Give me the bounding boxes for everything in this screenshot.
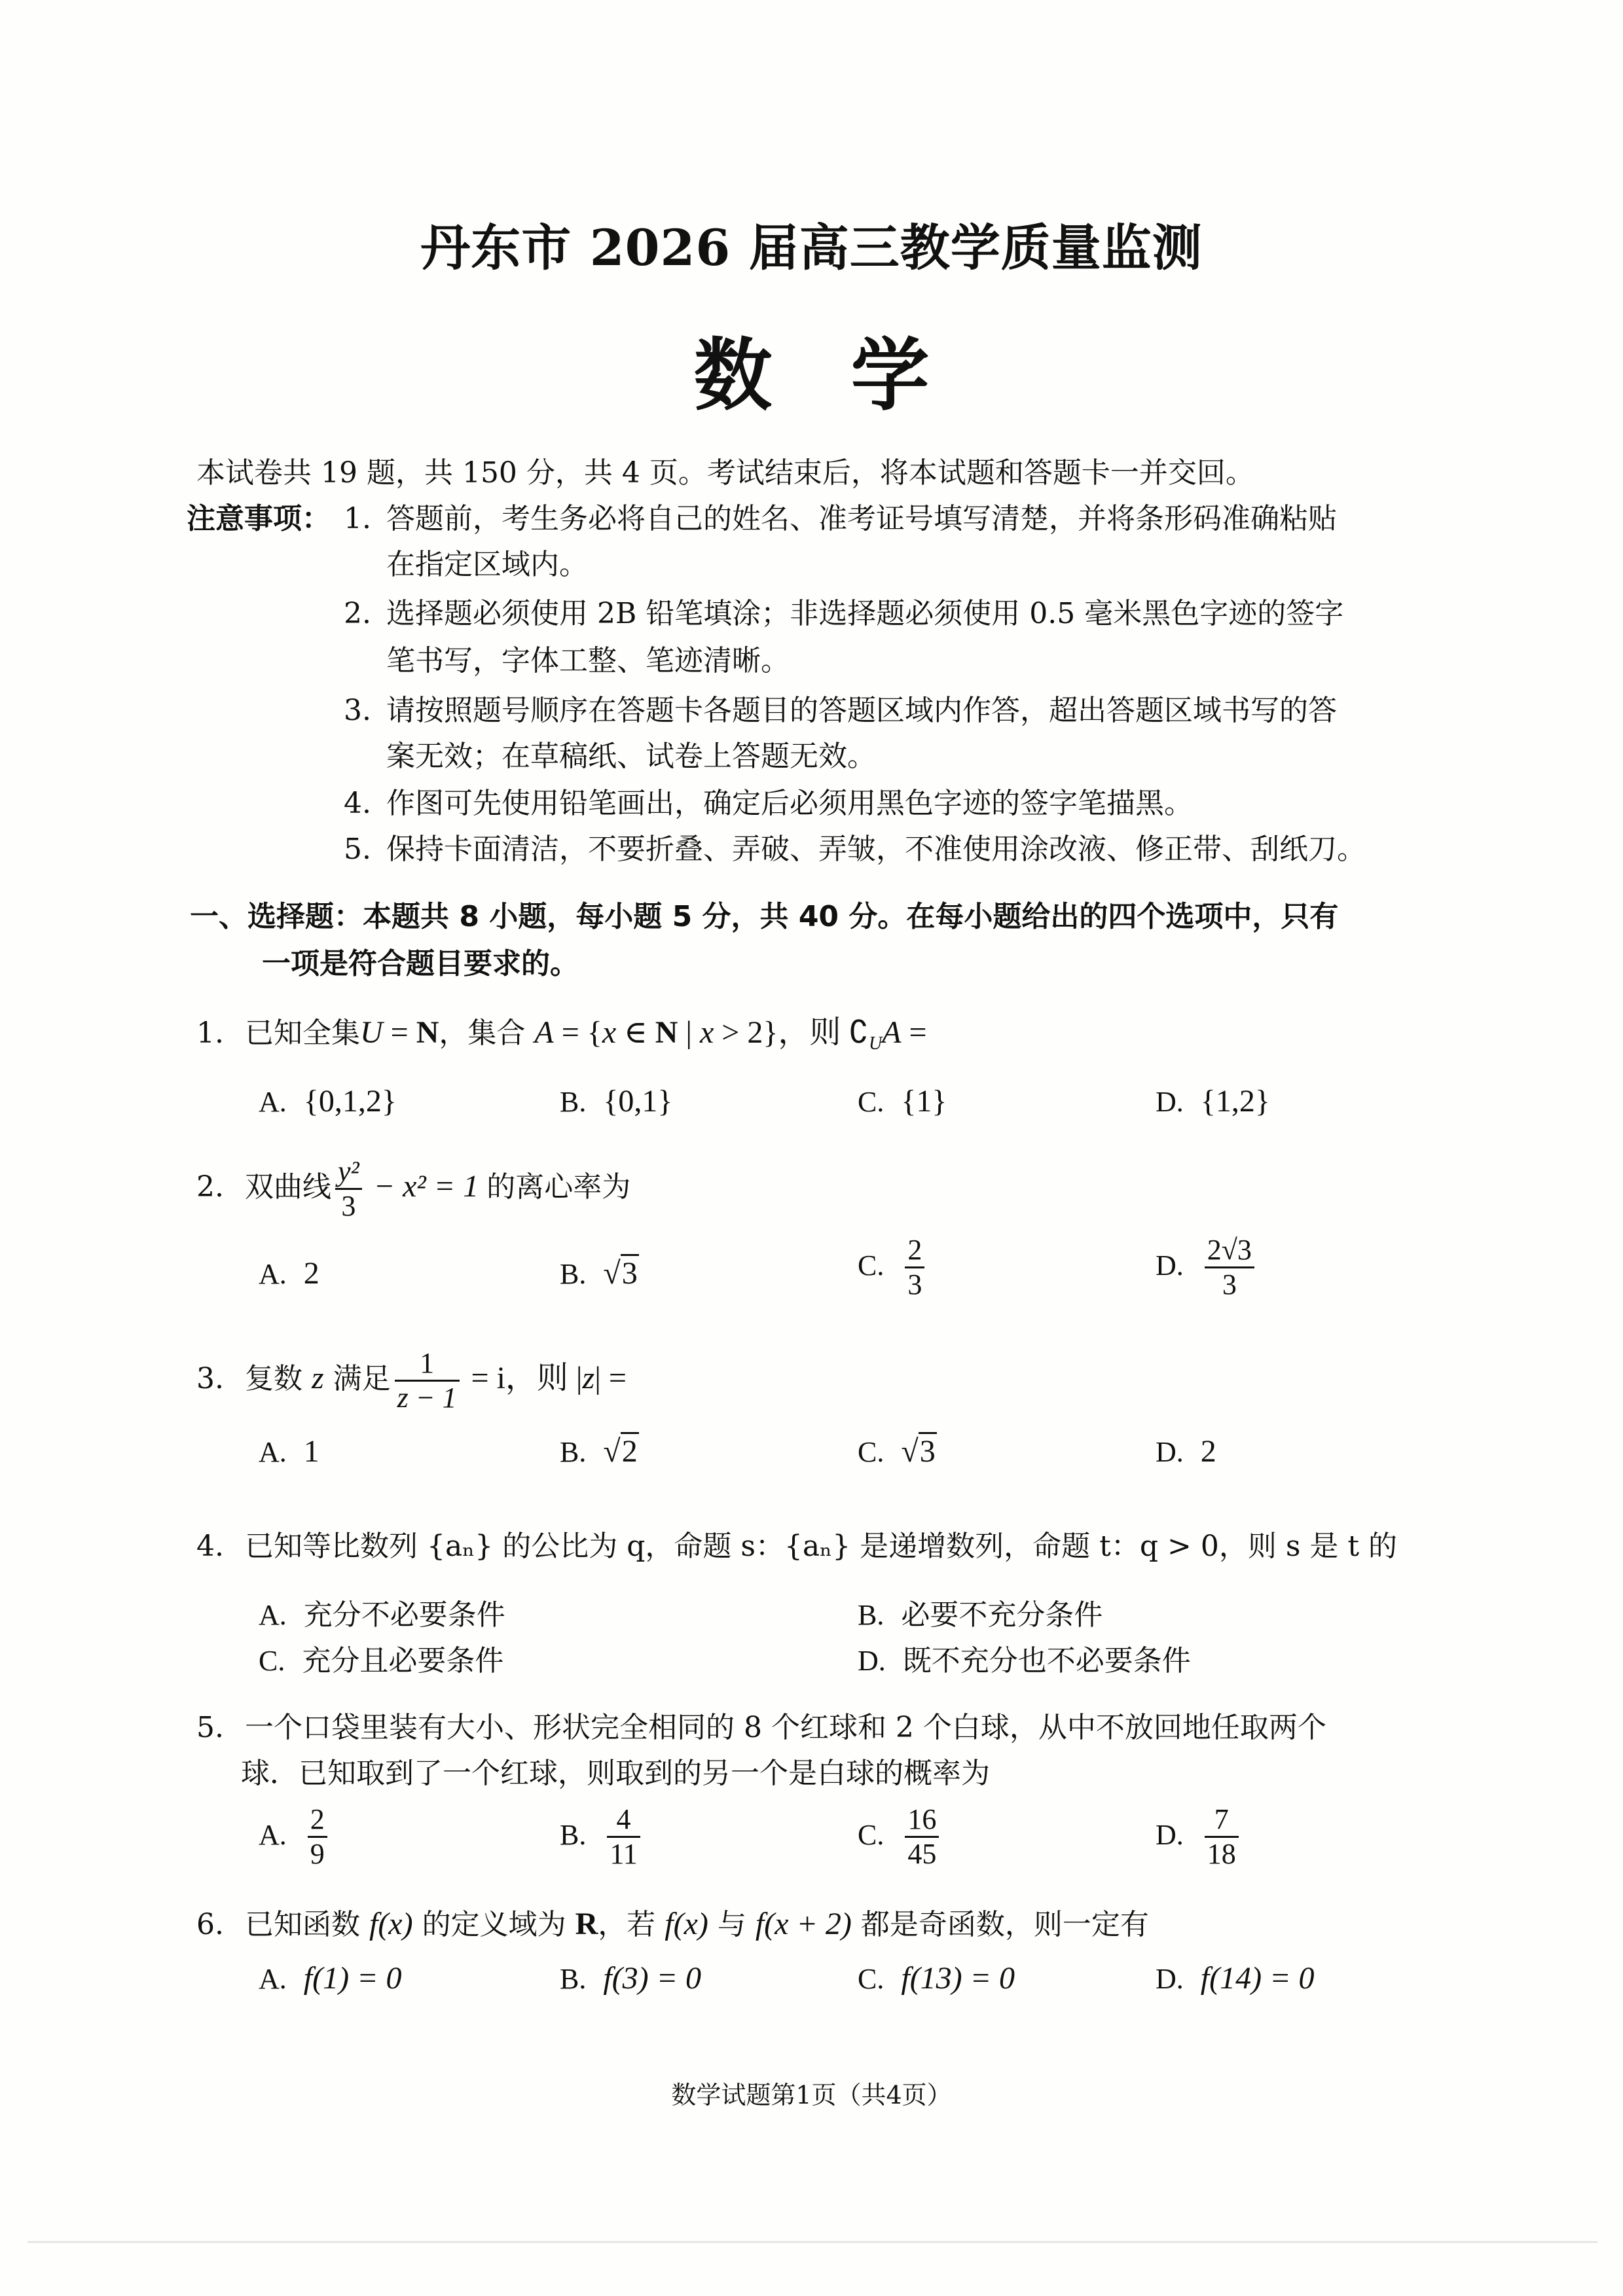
q2-option-b: B.√3	[560, 1255, 639, 1293]
note-3-num: 3.	[344, 692, 371, 729]
section-1-heading-line2: 一项是符合题目要求的。	[262, 946, 579, 982]
q1-option-b: B.{0,1}	[560, 1083, 672, 1121]
exam-intro: 本试卷共 19 题，共 150 分，共 4 页。考试结束后，将本试题和答题卡一并…	[196, 455, 1254, 492]
q4-option-c: C.充分且必要条件	[259, 1643, 503, 1679]
q6-option-d: D.f(14) = 0	[1156, 1960, 1314, 1998]
q4-option-b: B.必要不充分条件	[858, 1597, 1103, 1634]
note-3-line1: 请按照题号顺序在答题卡各题目的答题区域内作答，超出答题区域书写的答	[386, 692, 1337, 729]
question-6: 6. 已知函数 f(x) 的定义域为 R，若 f(x) 与 f(x + 2) 都…	[196, 1906, 1149, 1943]
note-2-num: 2.	[344, 596, 371, 632]
q6-option-a: A.f(1) = 0	[259, 1960, 401, 1998]
note-4-line1: 作图可先使用铅笔画出，确定后必须用黑色字迹的签字笔描黑。	[386, 785, 1193, 822]
subject-title: 数学	[0, 313, 1623, 425]
page-footer: 数学试题第1页（共4页）	[0, 2075, 1623, 2111]
note-5-num: 5.	[344, 831, 371, 868]
section-1-heading: 一、选择题：本题共 8 小题，每小题 5 分，共 40 分。在每小题给出的四个选…	[190, 899, 1338, 935]
notes-label: 注意事项：	[187, 501, 331, 537]
sqrt-icon: √2	[603, 1433, 638, 1470]
note-1-num: 1.	[344, 501, 371, 537]
q1-option-d: D.{1,2}	[1156, 1083, 1270, 1121]
question-4: 4. 已知等比数列 {aₙ} 的公比为 q，命题 s：{aₙ} 是递增数列，命题…	[196, 1528, 1397, 1565]
question-2: 2. 双曲线y²3 − x² = 1 的离心率为	[196, 1155, 630, 1223]
sqrt-icon: √3	[603, 1255, 638, 1292]
note-4-num: 4.	[344, 785, 371, 822]
q3-option-c: C.√3	[858, 1433, 937, 1471]
sqrt-icon: √3	[901, 1433, 936, 1470]
question-1: 1. 已知全集U = N，集合 A = {x ∈ N | x > 2}，则 ∁U…	[196, 1014, 927, 1062]
q6-option-c: C.f(13) = 0	[858, 1960, 1015, 1998]
q6-option-b: B.f(3) = 0	[560, 1960, 701, 1998]
note-1-line1: 答题前，考生务必将自己的姓名、准考证号填写清楚，并将条形码准确粘贴	[386, 501, 1337, 537]
q2-option-a: A.2	[259, 1255, 319, 1293]
note-1-line2: 在指定区域内。	[386, 547, 588, 583]
q1-option-c: C.{1}	[858, 1083, 947, 1121]
question-5-line2: 球．已知取到了一个红球，则取到的另一个是白球的概率为	[241, 1755, 990, 1792]
q4-option-d: D.既不充分也不必要条件	[858, 1643, 1191, 1679]
q2-option-d: D.2√33	[1156, 1234, 1258, 1301]
exam-page: 丹东市 2026 届高三教学质量监测 数学 本试卷共 19 题，共 150 分，…	[0, 0, 1623, 2296]
q4-option-a: A.充分不必要条件	[259, 1597, 505, 1634]
q5-option-c: C.1645	[858, 1803, 943, 1871]
question-5: 5. 一个口袋里装有大小、形状完全相同的 8 个红球和 2 个白球，从中不放回地…	[196, 1710, 1326, 1746]
note-2-line2: 笔书写，字体工整、笔迹清晰。	[386, 643, 790, 679]
q5-option-d: D.718	[1156, 1803, 1243, 1871]
q3-option-a: A.1	[259, 1433, 319, 1471]
question-3: 3. 复数 z 满足1z − 1 = i，则 |z| =	[196, 1347, 627, 1414]
note-3-line2: 案无效；在草稿纸、试卷上答题无效。	[386, 738, 876, 775]
q5-option-b: B.411	[560, 1803, 644, 1871]
q2-option-c: C.23	[858, 1234, 928, 1301]
fraction: y²3	[335, 1155, 362, 1223]
q1-option-a: A.{0,1,2}	[259, 1083, 397, 1121]
page-bottom-rule	[27, 2241, 1597, 2243]
q3-option-d: D.2	[1156, 1433, 1216, 1471]
exam-title: 丹东市 2026 届高三教学质量监测	[0, 208, 1623, 279]
note-2-line1: 选择题必须使用 2B 铅笔填涂；非选择题必须使用 0.5 毫米黑色字迹的签字	[386, 596, 1343, 632]
q5-option-a: A.29	[259, 1803, 331, 1871]
q3-option-b: B.√2	[560, 1433, 639, 1471]
fraction: 1z − 1	[395, 1347, 460, 1414]
question-number: 1.	[196, 1016, 224, 1050]
note-5-line1: 保持卡面清洁，不要折叠、弄破、弄皱，不准使用涂改液、修正带、刮纸刀。	[386, 831, 1366, 868]
